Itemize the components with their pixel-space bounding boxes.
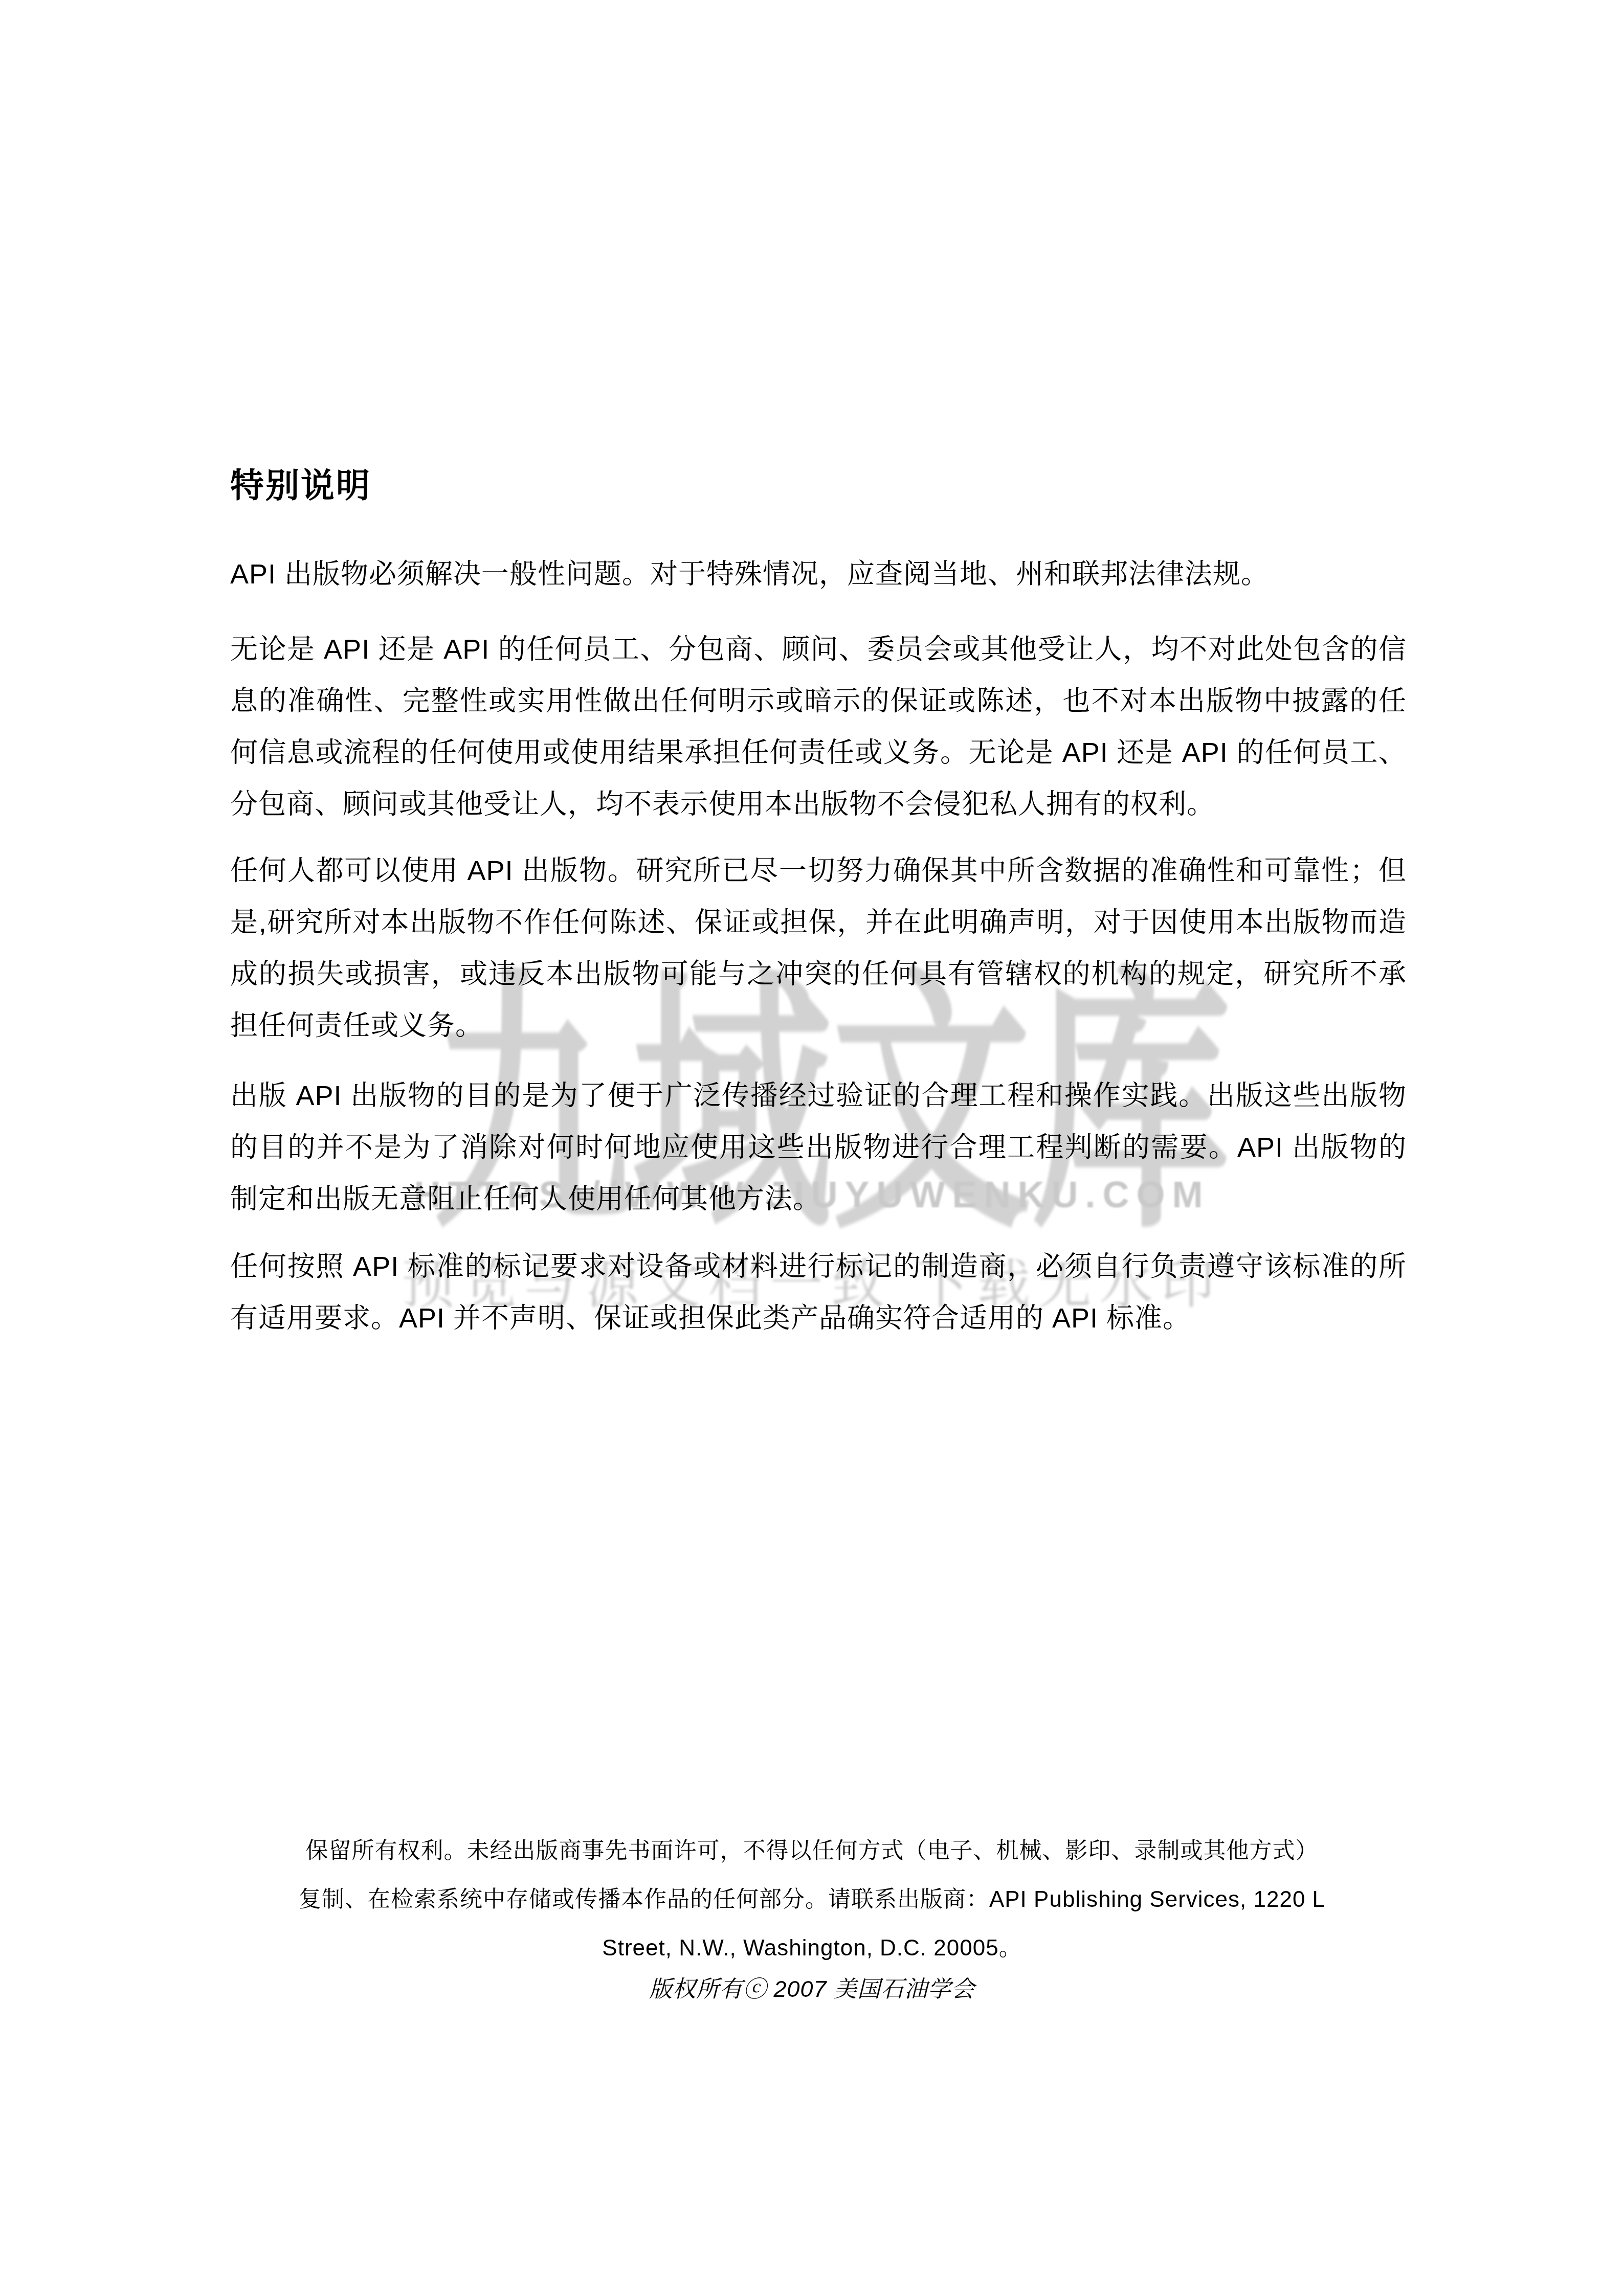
footer-line-2: 复制、在检索系统中存储或传播本作品的任何部分。请联系出版商：API Publis… <box>0 1875 1624 1924</box>
footer-rights-notice: 保留所有权利。未经出版商事先书面许可，不得以任何方式（电子、机械、影印、录制或其… <box>0 1827 1624 1972</box>
copyright-line: 版权所有ⓒ 2007 美国石油学会 <box>0 1974 1624 2005</box>
paragraph-marking-manufacturers: 任何按照 API 标准的标记要求对设备或材料进行标记的制造商，必须自行负责遵守该… <box>230 1241 1407 1344</box>
paragraph-no-warranty: 无论是 API 还是 API 的任何员工、分包商、顾问、委员会或其他受让人，均不… <box>230 624 1407 830</box>
paragraph-general-questions: API 出版物必须解决一般性问题。对于特殊情况，应查阅当地、州和联邦法律法规。 <box>230 549 1407 600</box>
page-title: 特别说明 <box>230 458 371 507</box>
footer-line-3: Street, N.W., Washington, D.C. 20005。 <box>0 1924 1624 1972</box>
footer-line-1: 保留所有权利。未经出版商事先书面许可，不得以任何方式（电子、机械、影印、录制或其… <box>0 1827 1624 1875</box>
document-page: 九域文库 HTTPS://WWW.JIUYUWENKU.COM 预览与源文档一致… <box>0 0 1624 2296</box>
paragraph-purpose-of-publishing: 出版 API 出版物的目的是为了便于广泛传播经过验证的合理工程和操作实践。出版这… <box>230 1070 1407 1225</box>
paragraph-use-of-publications: 任何人都可以使用 API 出版物。研究所已尽一切努力确保其中所含数据的准确性和可… <box>230 845 1407 1052</box>
